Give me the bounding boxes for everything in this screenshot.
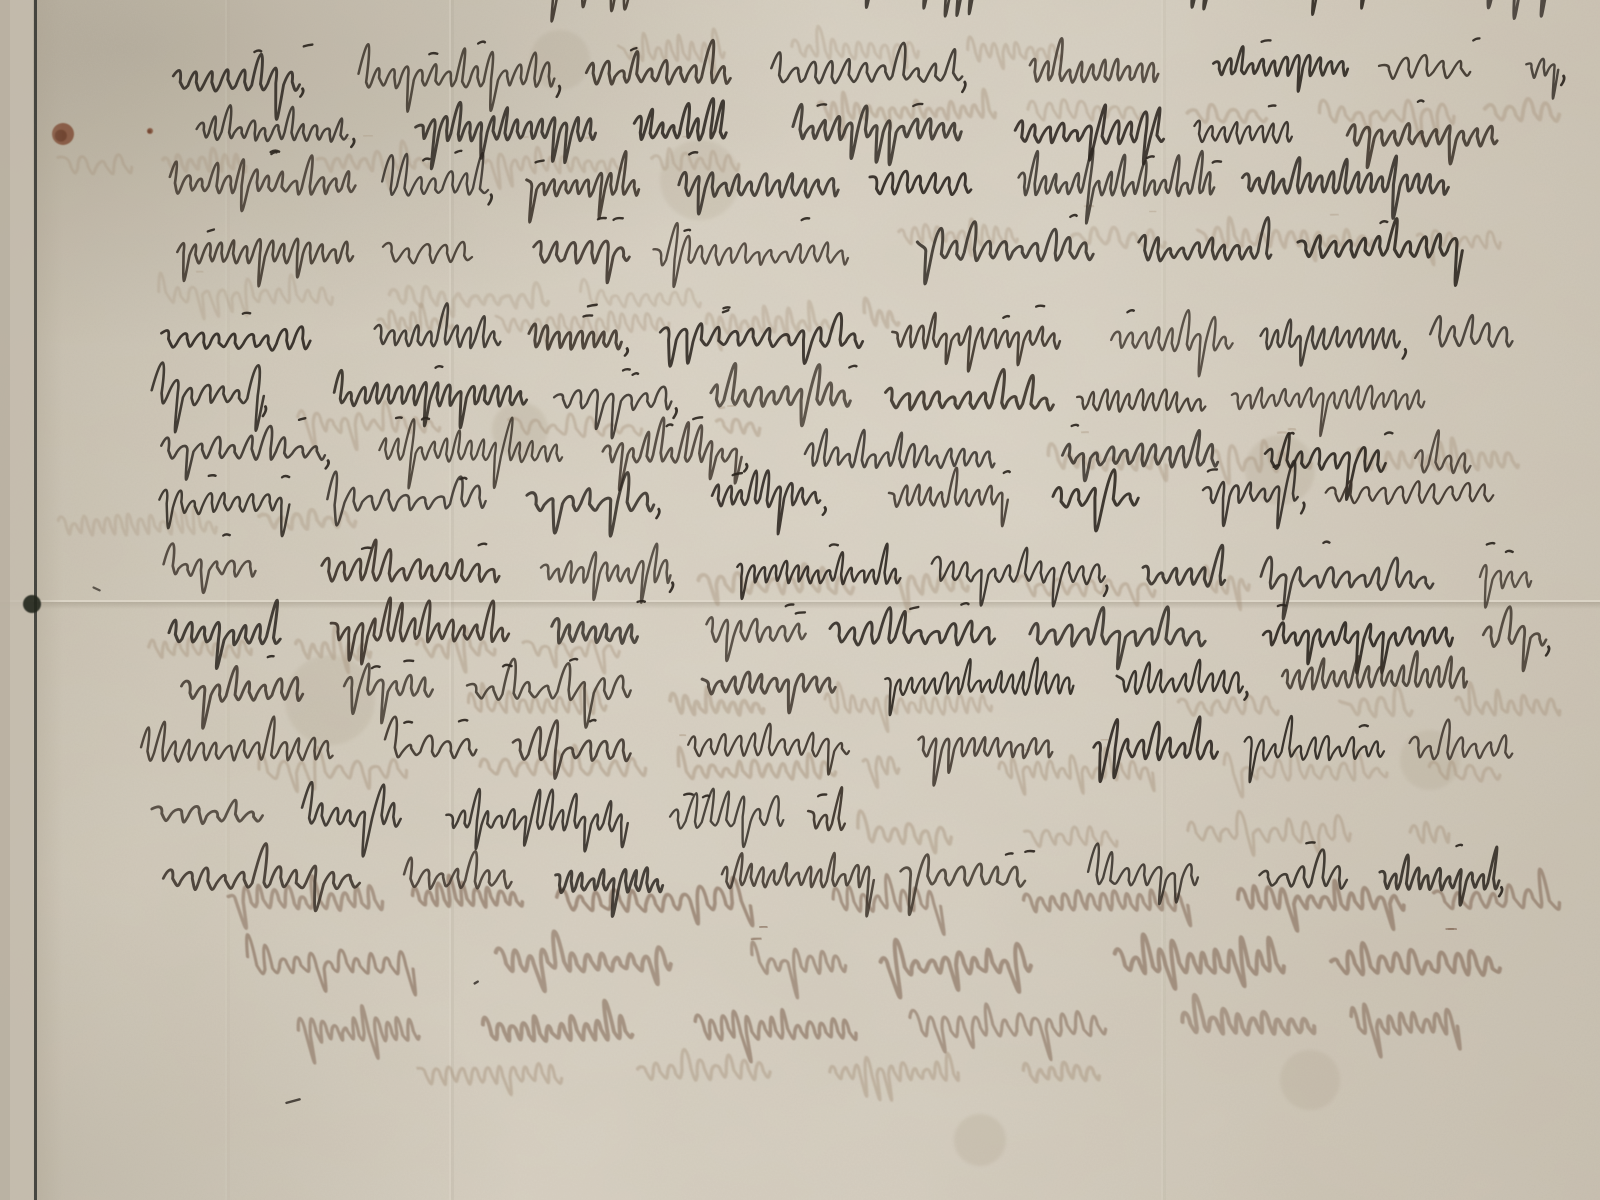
- diacritic-mark: [254, 51, 261, 52]
- diacritic-mark: [638, 601, 645, 602]
- left-edge-band-deep: [0, 0, 10, 1200]
- diacritic-mark: [1036, 306, 1044, 307]
- diacritic-mark: [623, 369, 630, 370]
- diacritic-mark: [584, 315, 593, 316]
- diacritic-mark: [1289, 428, 1296, 429]
- diacritic-mark: [1101, 739, 1107, 740]
- diacritic-mark: [703, 796, 709, 798]
- paper-stain: [1280, 1050, 1340, 1110]
- diacritic-mark: [1456, 845, 1461, 846]
- fold-crease-vertical: [449, 0, 451, 1200]
- diacritic-mark: [1072, 425, 1078, 426]
- diacritic-mark: [1323, 542, 1329, 543]
- diacritic-mark: [1288, 433, 1293, 435]
- fold-crease-horizontal-highlight: [0, 600, 1600, 602]
- diacritic-mark: [268, 656, 274, 657]
- left-edge-inner-shadow: [37, 0, 63, 1200]
- diacritic-mark: [961, 603, 968, 604]
- diacritic-mark: [223, 534, 229, 535]
- diacritic-mark: [1278, 605, 1286, 606]
- diacritic-mark: [1487, 543, 1494, 545]
- rust-spot-core: [148, 130, 151, 133]
- diacritic-mark: [362, 548, 370, 549]
- diacritic-mark: [598, 218, 606, 219]
- letter-photo: [0, 0, 1600, 1200]
- diacritic-mark: [404, 661, 413, 662]
- diacritic-mark: [1278, 432, 1287, 434]
- diacritic-mark: [1025, 851, 1034, 852]
- diacritic-mark: [404, 722, 412, 723]
- diacritic-mark: [1449, 928, 1456, 929]
- fold-crease-horizontal-shadow: [0, 602, 1600, 609]
- diacritic-mark: [459, 720, 467, 721]
- diacritic-mark: [503, 665, 512, 666]
- diacritic-mark: [243, 313, 250, 314]
- diacritic-mark: [760, 926, 767, 927]
- diacritic-mark: [1506, 551, 1513, 552]
- diacritic-mark: [460, 478, 466, 479]
- diacritic-mark: [724, 307, 730, 308]
- diacritic-mark: [209, 475, 216, 476]
- diacritic-mark: [364, 135, 372, 136]
- diacritic-mark: [752, 938, 761, 940]
- diacritic-mark: [1150, 211, 1156, 212]
- diacritic-mark: [818, 104, 826, 105]
- diacritic-mark: [1306, 842, 1314, 843]
- diacritic-mark: [1262, 40, 1271, 41]
- diacritic-mark: [197, 271, 203, 272]
- diacritic-mark: [429, 53, 437, 54]
- diacritic-mark: [299, 418, 305, 420]
- diacritic-mark: [1418, 100, 1424, 101]
- diacritic-mark: [570, 659, 577, 661]
- diacritic-mark: [282, 476, 289, 477]
- diacritic-mark: [1006, 853, 1013, 854]
- diacritic-mark: [1213, 161, 1221, 162]
- diacritic-mark: [1082, 432, 1088, 433]
- diacritic-mark: [684, 794, 692, 795]
- diacritic-mark: [796, 612, 805, 613]
- letter-canvas: [0, 0, 1600, 1200]
- diacritic-mark: [633, 373, 638, 375]
- diacritic-mark: [590, 720, 595, 721]
- diacritic-mark: [680, 735, 686, 736]
- diacritic-mark: [1004, 471, 1010, 473]
- paper-stain: [954, 1114, 1006, 1166]
- diacritic-mark: [1331, 214, 1338, 215]
- diacritic-mark: [685, 230, 691, 231]
- diacritic-mark: [396, 417, 402, 418]
- diacritic-mark: [1269, 105, 1275, 106]
